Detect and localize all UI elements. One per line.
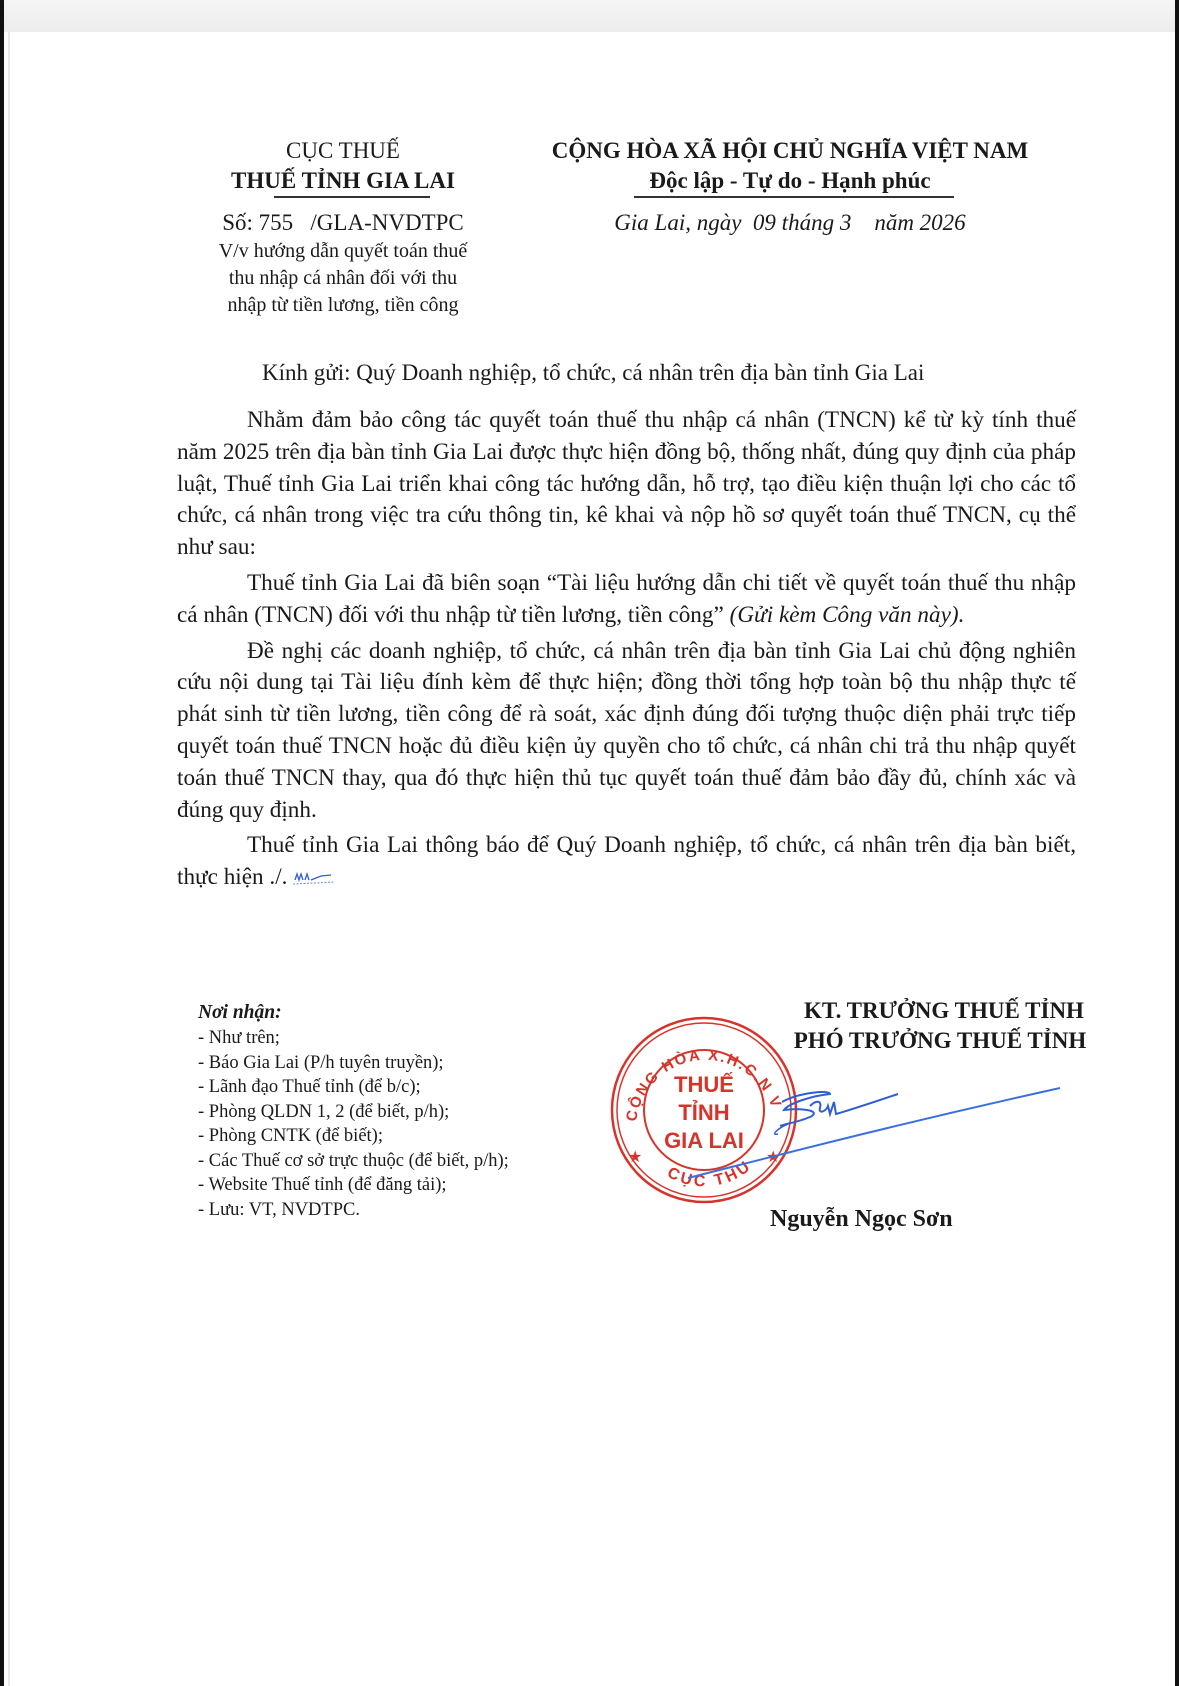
body-paragraph: Đề nghị các doanh nghiệp, tổ chức, cá nh… — [177, 636, 1076, 827]
viewer-top-bar — [0, 0, 1179, 32]
signature-block: KT. TRƯỞNG THUẾ TỈNH PHÓ TRƯỞNG THUẾ TỈN… — [700, 996, 1100, 1056]
paragraph-text: Đề nghị các doanh nghiệp, tổ chức, cá nh… — [177, 638, 1076, 823]
recipient-item: - Như trên; — [198, 1026, 509, 1051]
signer-name: Nguyễn Ngọc Sơn — [770, 1204, 953, 1234]
recipient-item: - Lãnh đạo Thuế tỉnh (để b/c); — [198, 1075, 509, 1100]
initials-mark-icon — [291, 868, 337, 886]
recipient-item: - Website Thuế tỉnh (để đăng tải); — [198, 1173, 509, 1198]
motto-underline — [634, 196, 954, 198]
svg-text:★: ★ — [628, 1147, 642, 1166]
signer-title: PHÓ TRƯỞNG THUẾ TỈNH — [740, 1026, 1140, 1056]
salutation: Kính gửi: Quý Doanh nghiệp, tổ chức, cá … — [262, 358, 924, 388]
signer-authority: KT. TRƯỞNG THUẾ TỈNH — [744, 996, 1144, 1026]
national-header-block: CỘNG HÒA XÃ HỘI CHỦ NGHĨA VIỆT NAM Độc l… — [510, 136, 1070, 238]
recipients-title: Nơi nhận: — [198, 1000, 509, 1026]
national-motto: Độc lập - Tự do - Hạnh phúc — [510, 166, 1070, 196]
recipients-block: Nơi nhận: - Như trên; - Báo Gia Lai (P/h… — [198, 1000, 509, 1222]
agency-parent: CỤC THUẾ — [180, 136, 506, 166]
subject-line: thu nhập cá nhân đối với thu — [180, 265, 506, 292]
subject-line: nhập từ tiền lương, tiền công — [180, 292, 506, 319]
body-paragraph: Nhằm đảm bảo công tác quyết toán thuế th… — [177, 405, 1076, 564]
body-paragraph: Thuế tỉnh Gia Lai thông báo để Quý Doanh… — [177, 830, 1076, 894]
document-number: Số: 755 /GLA-NVDTPC — [180, 208, 506, 238]
issuing-agency-block: CỤC THUẾ THUẾ TỈNH GIA LAI Số: 755 /GLA-… — [180, 136, 506, 319]
recipient-item: - Lưu: VT, NVDTPC. — [198, 1198, 509, 1223]
recipient-item: - Phòng QLDN 1, 2 (để biết, p/h); — [198, 1100, 509, 1125]
handwritten-signature-icon — [680, 1070, 1080, 1180]
recipients-list: - Như trên; - Báo Gia Lai (P/h tuyên tru… — [198, 1026, 509, 1222]
viewer-frame-right — [1175, 0, 1179, 1686]
viewer-frame-left — [0, 0, 4, 1686]
agency-name: THUẾ TỈNH GIA LAI — [180, 166, 506, 196]
paragraph-text: Nhằm đảm bảo công tác quyết toán thuế th… — [177, 407, 1076, 560]
subject-line: V/v hướng dẫn quyết toán thuế — [180, 238, 506, 265]
attachment-note: (Gửi kèm Công văn này). — [730, 602, 965, 628]
letter-body: Nhằm đảm bảo công tác quyết toán thuế th… — [177, 405, 1076, 898]
body-paragraph: Thuế tỉnh Gia Lai đã biên soạn “Tài liệu… — [177, 568, 1076, 632]
place-date: Gia Lai, ngày 09 tháng 3 năm 2026 — [510, 208, 1070, 238]
recipient-item: - Báo Gia Lai (P/h tuyên truyền); — [198, 1051, 509, 1076]
nation-title: CỘNG HÒA XÃ HỘI CHỦ NGHĨA VIỆT NAM — [510, 136, 1070, 166]
document-subject: V/v hướng dẫn quyết toán thuế thu nhập c… — [180, 238, 506, 319]
viewer-frame-left-shadow — [8, 32, 10, 1686]
recipient-item: - Phòng CNTK (để biết); — [198, 1124, 509, 1149]
recipient-item: - Các Thuế cơ sở trực thuộc (để biết, p/… — [198, 1149, 509, 1174]
agency-underline — [274, 196, 430, 198]
